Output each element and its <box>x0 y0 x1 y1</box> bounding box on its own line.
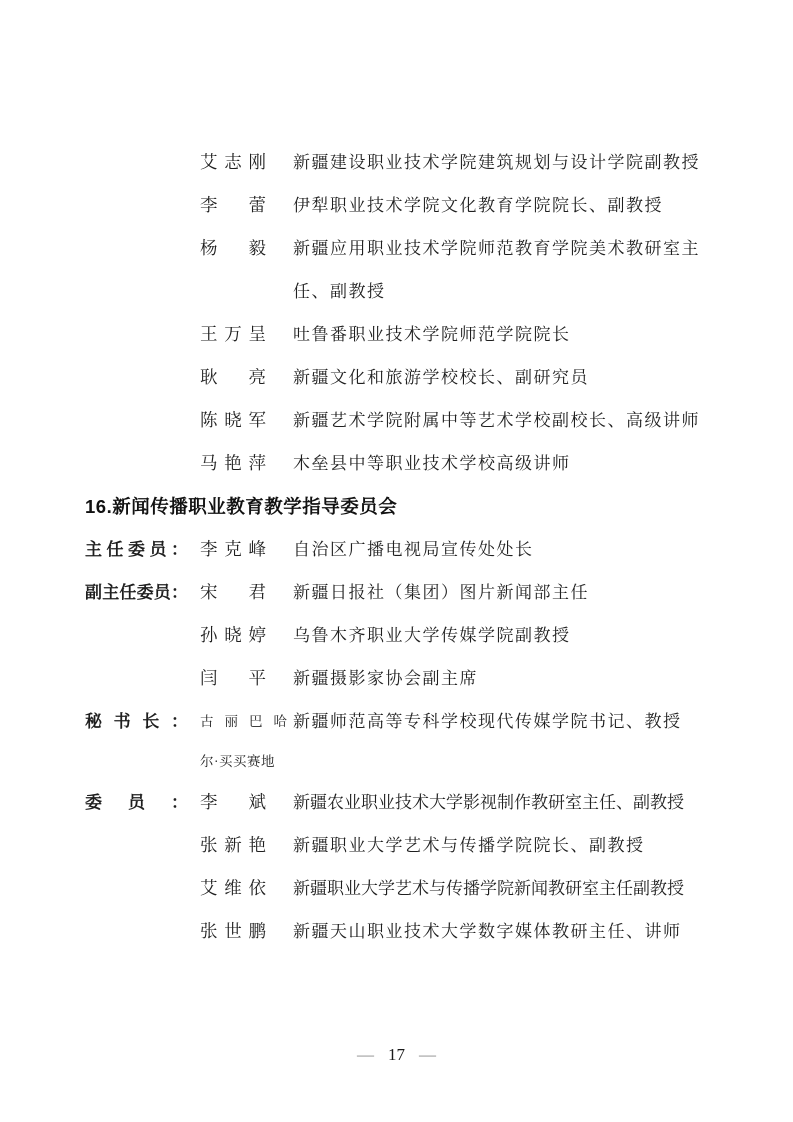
member-row: 陈晓军新疆艺术学院附属中等艺术学校副校长、高级讲师 <box>85 399 715 442</box>
member-title: 新疆建设职业技术学院建筑规划与设计学院副教授 <box>293 141 715 184</box>
member-row: 闫平新疆摄影家协会副主席 <box>85 657 715 700</box>
page-content: 艾志刚新疆建设职业技术学院建筑规划与设计学院副教授李蕾伊犁职业技术学院文化教育学… <box>85 141 715 953</box>
member-row: 孙晓婷乌鲁木齐职业大学传媒学院副教授 <box>85 614 715 657</box>
member-title: 乌鲁木齐职业大学传媒学院副教授 <box>293 614 715 657</box>
member-row: 艾维依新疆职业大学艺术与传播学院新闻教研室主任副教授 <box>85 867 715 910</box>
member-title: 木垒县中等职业技术学校高级讲师 <box>293 442 715 485</box>
member-name-line1: 孙晓婷 <box>200 614 266 657</box>
member-name-line1: 李克峰 <box>200 528 266 571</box>
page-number: 17 <box>388 1045 405 1064</box>
member-name-line1: 陈晓军 <box>200 399 266 442</box>
member-name: 李斌 <box>200 781 266 824</box>
section-heading: 16.新闻传播职业教育教学指导委员会 <box>85 485 715 528</box>
member-title: 新疆职业大学艺术与传播学院新闻教研室主任副教授 <box>293 867 715 910</box>
continuation-member-list: 艾志刚新疆建设职业技术学院建筑规划与设计学院副教授李蕾伊犁职业技术学院文化教育学… <box>85 141 715 485</box>
member-name-line1: 马艳萍 <box>200 442 266 485</box>
member-title: 新疆日报社（集团）图片新闻部主任 <box>293 571 715 614</box>
member-name: 艾维依 <box>200 867 266 910</box>
footer-dash-right: — <box>419 1045 436 1064</box>
member-name: 陈晓军 <box>200 399 266 442</box>
role-label: 主任委员： <box>85 528 188 571</box>
member-name-line1: 闫平 <box>200 657 266 700</box>
member-name: 艾志刚 <box>200 141 266 184</box>
member-row: 李蕾伊犁职业技术学院文化教育学院院长、副教授 <box>85 184 715 227</box>
member-title: 伊犁职业技术学院文化教育学院院长、副教授 <box>293 184 715 227</box>
member-title: 新疆文化和旅游学校校长、副研究员 <box>293 356 715 399</box>
role-label: 副主任委员： <box>85 571 188 614</box>
member-title: 新疆职业大学艺术与传播学院院长、副教授 <box>293 824 715 867</box>
member-title: 新疆应用职业技术学院师范教育学院美术教研室主任、副教授 <box>293 227 715 313</box>
member-name-line1: 李蕾 <box>200 184 266 227</box>
document-page: 艾志刚新疆建设职业技术学院建筑规划与设计学院副教授李蕾伊犁职业技术学院文化教育学… <box>0 0 793 1122</box>
role-label: 委员： <box>85 781 188 824</box>
member-title: 自治区广播电视局宣传处处长 <box>293 528 715 571</box>
member-title: 吐鲁番职业技术学院师范学院院长 <box>293 313 715 356</box>
member-name: 古丽巴哈尔·买买赛地 <box>200 700 288 781</box>
member-name: 宋君 <box>200 571 266 614</box>
member-name: 杨毅 <box>200 227 266 270</box>
member-name: 王万呈 <box>200 313 266 356</box>
member-title: 新疆农业职业技术大学影视制作教研室主任、副教授 <box>293 781 715 824</box>
member-name-line1: 杨毅 <box>200 227 266 270</box>
member-row: 主任委员：李克峰自治区广播电视局宣传处处长 <box>85 528 715 571</box>
member-row: 王万呈吐鲁番职业技术学院师范学院院长 <box>85 313 715 356</box>
member-name-line1: 宋君 <box>200 571 266 614</box>
member-title: 新疆摄影家协会副主席 <box>293 657 715 700</box>
member-row: 委员：李斌新疆农业职业技术大学影视制作教研室主任、副教授 <box>85 781 715 824</box>
role-label: 秘书长： <box>85 700 188 743</box>
member-name-line1: 古丽巴哈 <box>200 700 288 743</box>
member-title: 新疆师范高等专科学校现代传媒学院书记、教授 <box>293 700 715 743</box>
member-name: 耿亮 <box>200 356 266 399</box>
member-name-line1: 艾志刚 <box>200 141 266 184</box>
member-row: 张新艳新疆职业大学艺术与传播学院院长、副教授 <box>85 824 715 867</box>
member-title: 新疆艺术学院附属中等艺术学校副校长、高级讲师 <box>293 399 715 442</box>
member-name-line2: 尔·买买赛地 <box>200 743 288 781</box>
member-name: 马艳萍 <box>200 442 266 485</box>
committee-member-list: 主任委员：李克峰自治区广播电视局宣传处处长副主任委员：宋君新疆日报社（集团）图片… <box>85 528 715 953</box>
member-name-line1: 王万呈 <box>200 313 266 356</box>
member-row: 副主任委员：宋君新疆日报社（集团）图片新闻部主任 <box>85 571 715 614</box>
member-title: 新疆天山职业技术大学数字媒体教研主任、讲师 <box>293 910 715 953</box>
member-row: 耿亮新疆文化和旅游学校校长、副研究员 <box>85 356 715 399</box>
member-name: 李蕾 <box>200 184 266 227</box>
member-name: 张新艳 <box>200 824 266 867</box>
member-name-line1: 张新艳 <box>200 824 266 867</box>
member-name-line1: 艾维依 <box>200 867 266 910</box>
member-row: 杨毅新疆应用职业技术学院师范教育学院美术教研室主任、副教授 <box>85 227 715 313</box>
member-row: 张世鹏新疆天山职业技术大学数字媒体教研主任、讲师 <box>85 910 715 953</box>
page-footer: —17— <box>0 1040 793 1070</box>
member-name: 孙晓婷 <box>200 614 266 657</box>
member-name-line1: 李斌 <box>200 781 266 824</box>
footer-dash-left: — <box>357 1045 374 1064</box>
member-name: 张世鹏 <box>200 910 266 953</box>
member-row: 秘书长：古丽巴哈尔·买买赛地新疆师范高等专科学校现代传媒学院书记、教授 <box>85 700 715 781</box>
member-name-line1: 张世鹏 <box>200 910 266 953</box>
member-row: 艾志刚新疆建设职业技术学院建筑规划与设计学院副教授 <box>85 141 715 184</box>
member-row: 马艳萍木垒县中等职业技术学校高级讲师 <box>85 442 715 485</box>
member-name: 李克峰 <box>200 528 266 571</box>
member-name-line1: 耿亮 <box>200 356 266 399</box>
member-name: 闫平 <box>200 657 266 700</box>
